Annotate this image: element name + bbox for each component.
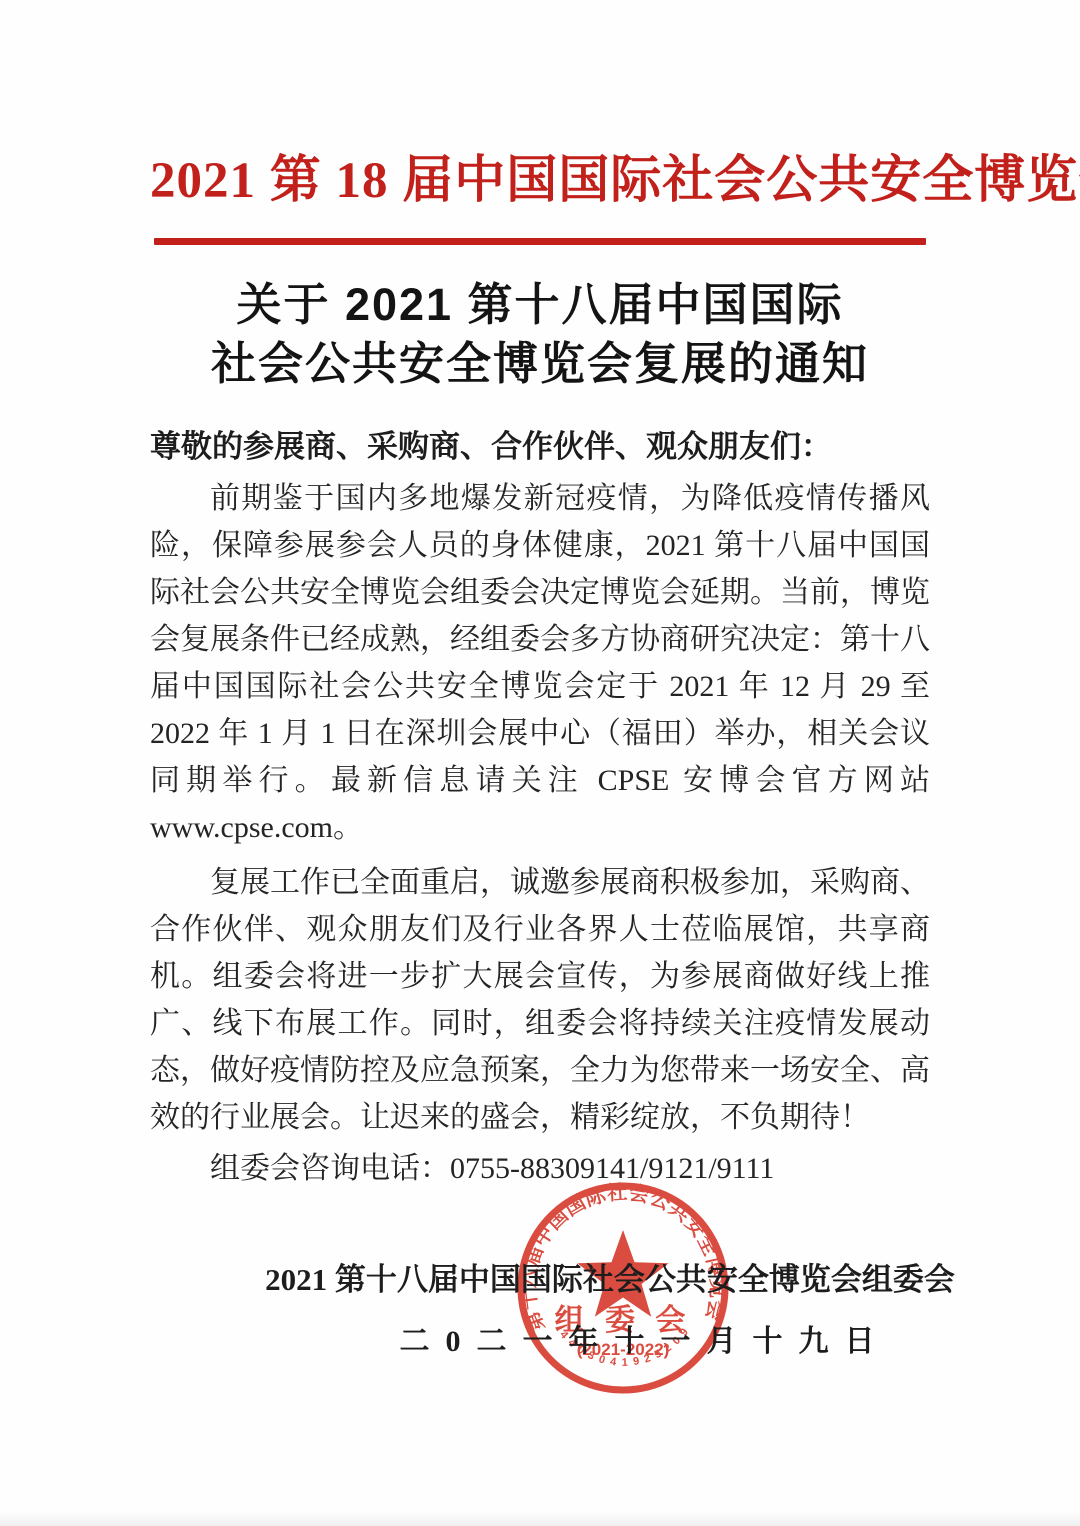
organizer-header: 2021 第 18 届中国国际社会公共安全博览会组委会 bbox=[150, 138, 930, 212]
signature-date: 二0二一年十一月十九日 bbox=[0, 1316, 1080, 1360]
salutation-line: 尊敬的参展商、采购商、合作伙伴、观众朋友们： bbox=[150, 427, 930, 467]
notice-title: 关于 2021 第十八届中国国际 社会公共安全博览会复展的通知 bbox=[150, 275, 930, 393]
paragraph-resumption: 复展工作已全面重启，诚邀参展商积极参加，采购商、合作伙伴、观众朋友们及行业各界人… bbox=[150, 859, 930, 1141]
signature-organization: 2021 第十八届中国国际社会公共安全博览会组委会 bbox=[0, 1254, 1080, 1299]
notice-document-page: 2021 第 18 届中国国际社会公共安全博览会组委会 关于 2021 第十八届… bbox=[0, 0, 1080, 1526]
notice-title-line2: 社会公共安全博览会复展的通知 bbox=[150, 334, 930, 393]
header-divider-rule bbox=[154, 238, 926, 245]
paragraph-postponement: 前期鉴于国内多地爆发新冠疫情，为降低疫情传播风险，保障参展参会人员的身体健康，2… bbox=[150, 475, 930, 851]
document-content: 2021 第 18 届中国国际社会公共安全博览会组委会 关于 2021 第十八届… bbox=[0, 138, 1080, 1192]
notice-title-line1: 关于 2021 第十八届中国国际 bbox=[150, 275, 930, 334]
